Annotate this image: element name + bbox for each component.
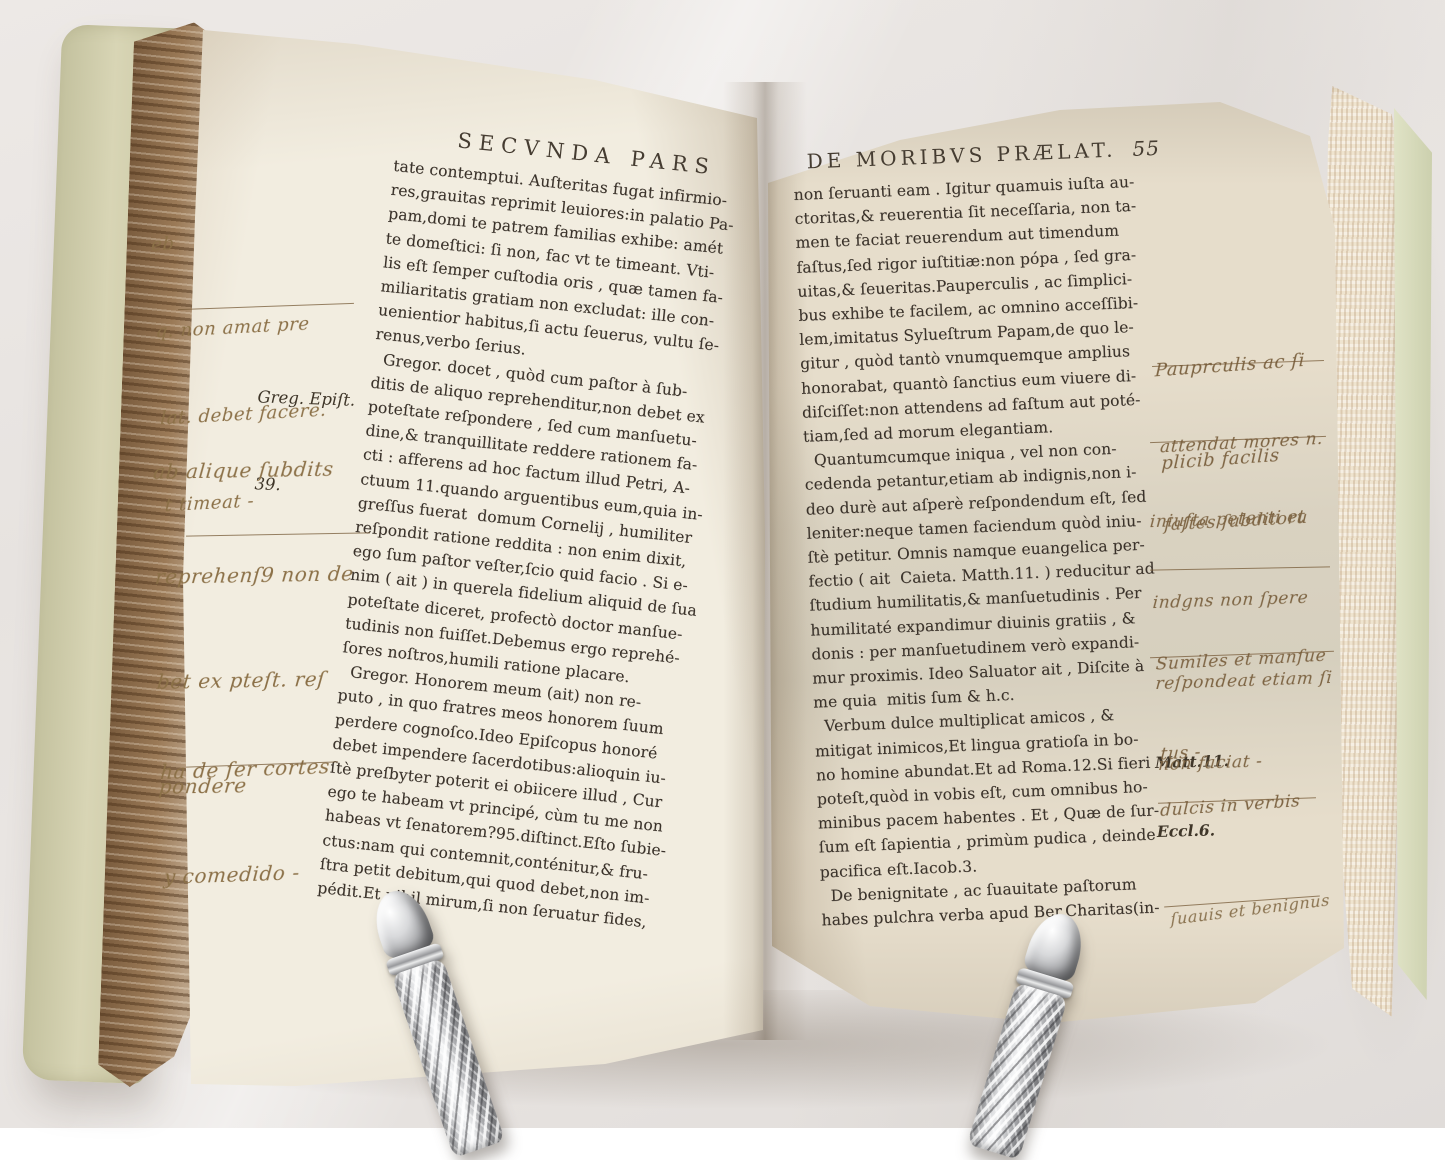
handwriting-line: Sumiles et manſue (1155, 641, 1327, 680)
handwriting-line: iniuſta petenti et (1149, 503, 1328, 536)
handwritten-note: ha de ſer cortes y comedido - (157, 679, 337, 965)
handwriting-line: ab alique ſubdits (152, 451, 354, 490)
handwriting-line: q. non amat pre (155, 309, 323, 347)
handwriting-line: y comedido - (163, 854, 335, 895)
handwriting-line: reprehenſ9 non de (154, 556, 356, 595)
handwritten-note: dulcis in verbis (1157, 751, 1304, 861)
left-page-text: SECVNDA PARS tate contemptui. Auſteritas… (316, 122, 778, 940)
handwritten-note: ſuauis et benignus (1165, 853, 1336, 967)
handwriting-line: ha de ſer cortes (159, 749, 331, 790)
right-header-title: DE MORIBVS PRÆLAT. (806, 138, 1117, 174)
book-photo: SECVNDA PARS tate contemptui. Auſteritas… (0, 0, 1445, 1128)
page-number: 55 (1132, 136, 1160, 161)
vellum-cover-right (1394, 108, 1432, 1000)
handwriting-line: dulcis in verbis (1160, 791, 1301, 821)
right-page-text: DE MORIBVS PRÆLAT.55 non ſeruanti eam . … (792, 135, 1204, 932)
handwriting-line: eb (151, 222, 319, 260)
